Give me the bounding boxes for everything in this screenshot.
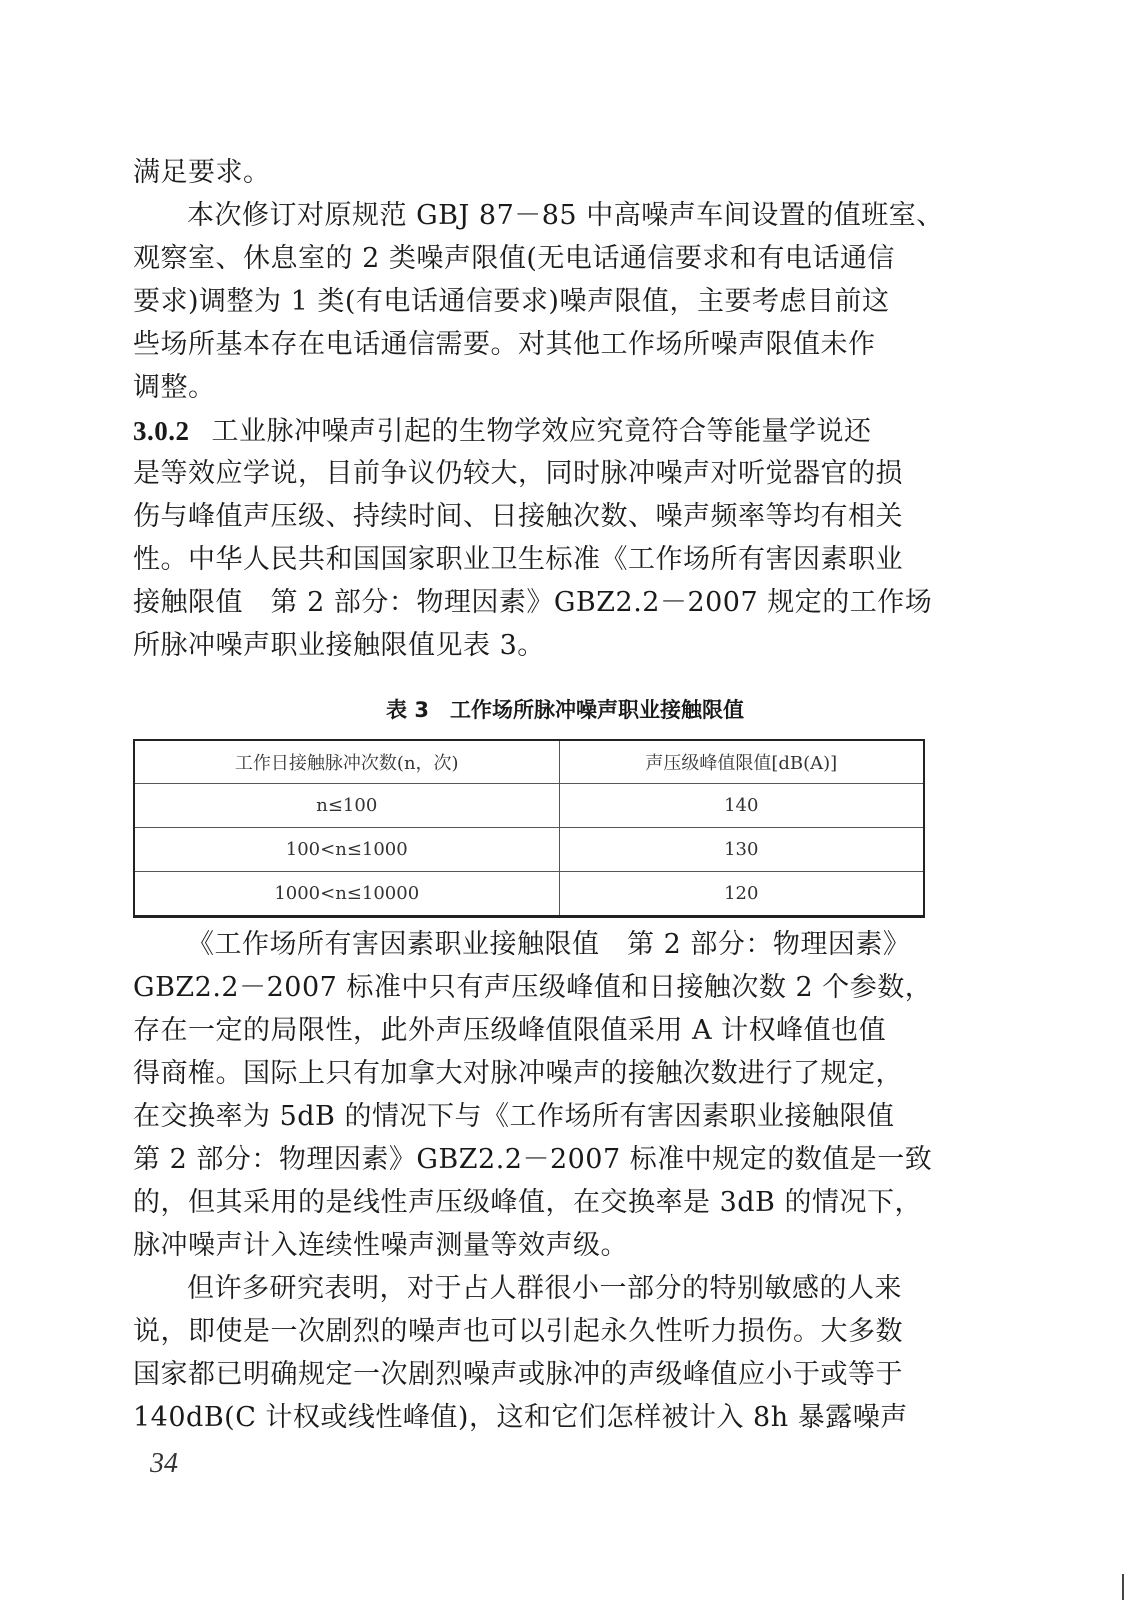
impulse-noise-limit-table: 工作日接触脉冲次数(n，次) 声压级峰值限值[dB(A)] n≤100 140 … [133, 739, 925, 918]
table-cell: 140 [559, 784, 924, 828]
paragraph-line: 但许多研究表明，对于占人群很小一部分的特别敏感的人来 [187, 1269, 987, 1309]
paragraph-line: 在交换率为 5dB 的情况下与《工作场所有害因素职业接触限值 [133, 1097, 933, 1137]
table-caption: 表 3 工作场所脉冲噪声职业接触限值 [0, 694, 1130, 726]
paragraph-line: 本次修订对原规范 GBJ 87－85 中高噪声车间设置的值班室、 [187, 196, 987, 236]
table-cell: 120 [559, 872, 924, 917]
paragraph-line: 观察室、休息室的 2 类噪声限值(无电话通信要求和有电话通信 [133, 239, 933, 279]
section-3-0-2-first-line: 3.0.2工业脉冲噪声引起的生物学效应究竟符合等能量学说还 [133, 411, 933, 452]
table-row: 100<n≤1000 130 [134, 828, 924, 872]
paragraph-line: 要求)调整为 1 类(有电话通信要求)噪声限值，主要考虑目前这 [133, 282, 933, 322]
table-cell: 1000<n≤10000 [134, 872, 559, 917]
paragraph-line: 第 2 部分：物理因素》GBZ2.2－2007 标准中规定的数值是一致 [133, 1140, 933, 1180]
paragraph-line: 脉冲噪声计入连续性噪声测量等效声级。 [133, 1226, 933, 1266]
paragraph-line: 调整。 [133, 368, 933, 408]
paragraph-line: 说，即使是一次剧烈的噪声也可以引起永久性听力损伤。大多数 [133, 1312, 933, 1352]
paragraph-line: 存在一定的局限性，此外声压级峰值限值采用 A 计权峰值也值 [133, 1011, 933, 1051]
paragraph-line: 的，但其采用的是线性声压级峰值，在交换率是 3dB 的情况下， [133, 1183, 933, 1223]
paragraph-line: 接触限值 第 2 部分：物理因素》GBZ2.2－2007 规定的工作场 [133, 583, 933, 623]
paragraph-line: 得商榷。国际上只有加拿大对脉冲噪声的接触次数进行了规定， [133, 1054, 933, 1094]
document-page: 满足要求。 本次修订对原规范 GBJ 87－85 中高噪声车间设置的值班室、 观… [0, 0, 1130, 1600]
table-cell: n≤100 [134, 784, 559, 828]
paragraph-line: 国家都已明确规定一次剧烈噪声或脉冲的声级峰值应小于或等于 [133, 1355, 933, 1395]
column-header: 工作日接触脉冲次数(n，次) [134, 740, 559, 784]
column-header: 声压级峰值限值[dB(A)] [559, 740, 924, 784]
scan-edge-mark [1122, 1574, 1124, 1600]
table-row: 1000<n≤10000 120 [134, 872, 924, 917]
table-cell: 100<n≤1000 [134, 828, 559, 872]
table-row: n≤100 140 [134, 784, 924, 828]
section-number: 3.0.2 [133, 416, 190, 446]
table-cell: 130 [559, 828, 924, 872]
page-number: 34 [150, 1448, 178, 1480]
paragraph-line: 伤与峰值声压级、持续时间、日接触次数、噪声频率等均有相关 [133, 497, 933, 537]
paragraph-line: 是等效应学说，目前争议仍较大，同时脉冲噪声对听觉器官的损 [133, 454, 933, 494]
paragraph-line: 性。中华人民共和国国家职业卫生标准《工作场所有害因素职业 [133, 540, 933, 580]
paragraph-line: 《工作场所有害因素职业接触限值 第 2 部分：物理因素》 [187, 925, 987, 965]
paragraph-line: 些场所基本存在电话通信需要。对其他工作场所噪声限值未作 [133, 325, 933, 365]
paragraph-line: 140dB(C 计权或线性峰值)，这和它们怎样被计入 8h 暴露噪声 [133, 1398, 933, 1438]
paragraph-line: 所脉冲噪声职业接触限值见表 3。 [133, 626, 933, 666]
paragraph-text: 工业脉冲噪声引起的生物学效应究竟符合等能量学说还 [212, 416, 872, 447]
paragraph-line: GBZ2.2－2007 标准中只有声压级峰值和日接触次数 2 个参数， [133, 968, 933, 1008]
paragraph-line: 满足要求。 [133, 153, 933, 193]
table-header-row: 工作日接触脉冲次数(n，次) 声压级峰值限值[dB(A)] [134, 740, 924, 784]
